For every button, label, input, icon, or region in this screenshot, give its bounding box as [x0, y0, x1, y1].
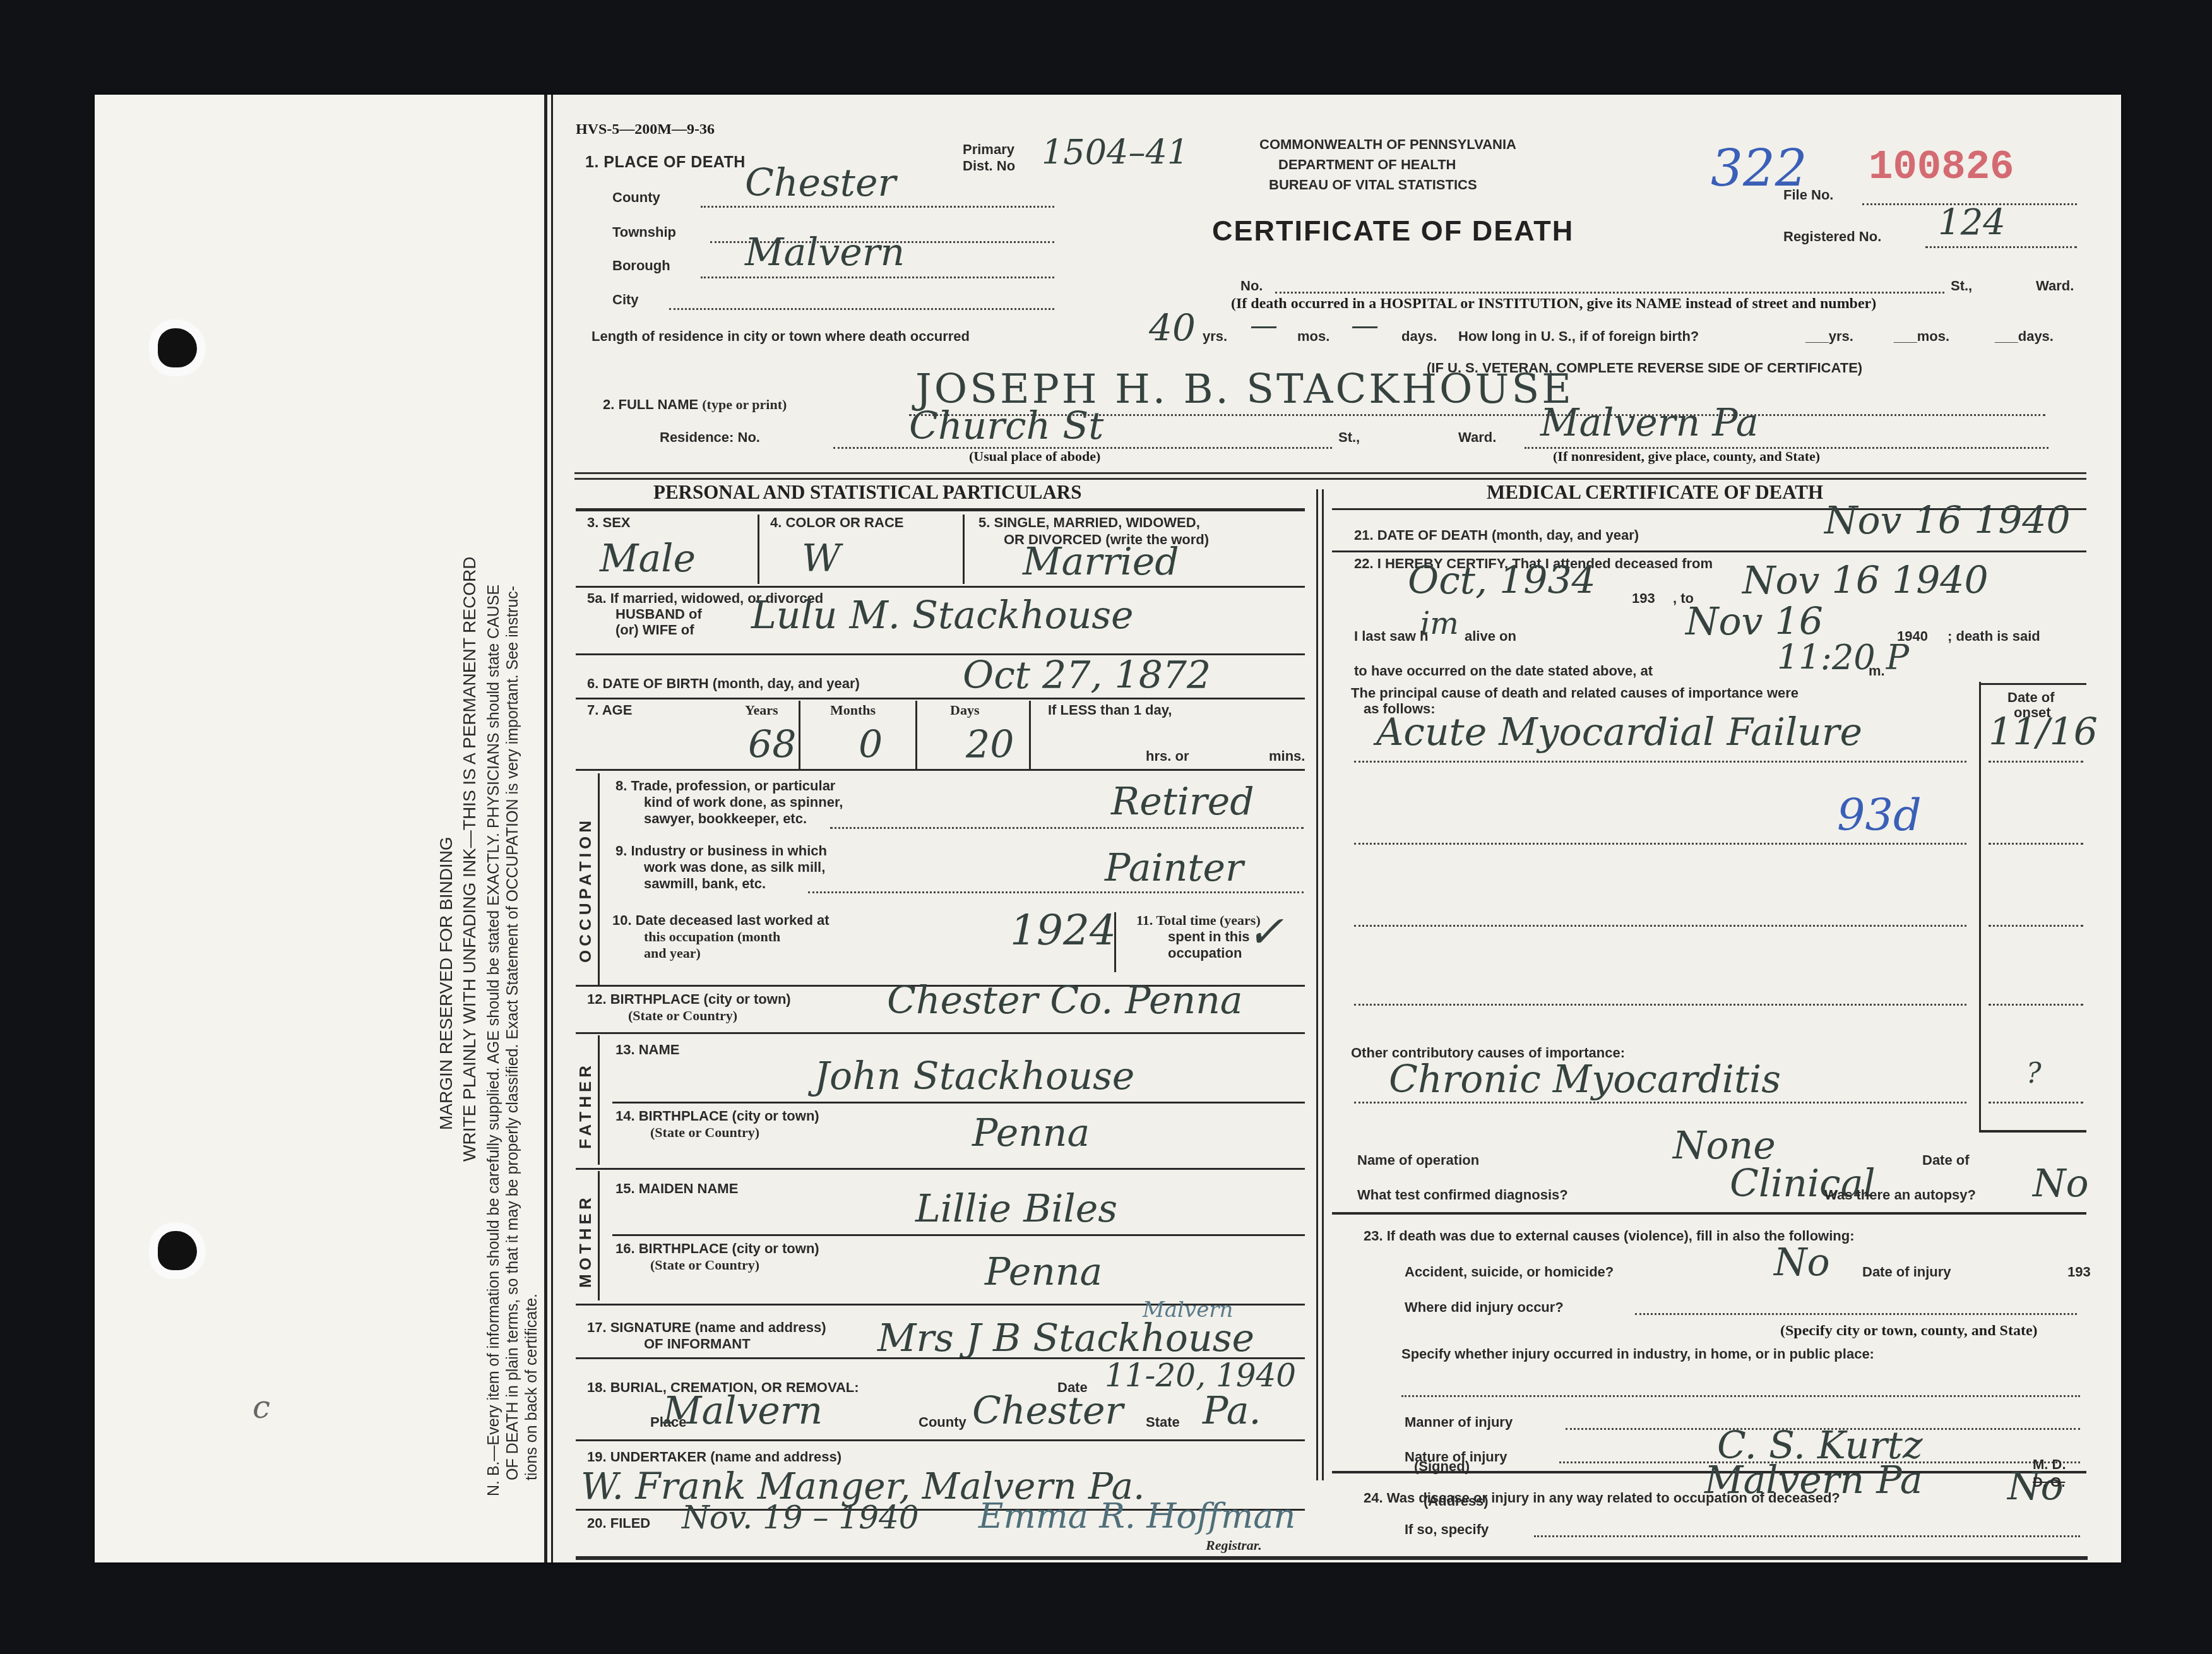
accident-label: Accident, suicide, or homicide? — [1405, 1264, 1614, 1280]
age-years: 68 — [748, 723, 796, 767]
filed-label: 20. FILED — [587, 1515, 650, 1532]
margin-ink-note: WRITE PLAINLY WITH UNFADING INK—THIS IS … — [459, 557, 480, 1162]
place-of-death-label: 1. PLACE OF DEATH — [585, 153, 746, 172]
mother-side-label: MOTHER — [576, 1194, 595, 1288]
residence-length-label: Length of residence in city or town wher… — [592, 328, 970, 345]
other-onset: ? — [2026, 1057, 2042, 1090]
industry-label-3: sawmill, bank, etc. — [644, 876, 766, 892]
less-than-day-label: If LESS than 1 day, — [1048, 702, 1172, 718]
file-no-label: File No. — [1783, 187, 1833, 203]
cause-line — [1354, 761, 1966, 763]
residence-ward-value: Malvern Pa — [1540, 401, 1759, 445]
occupation-side-label: OCCUPATION — [576, 817, 595, 963]
mother-birthplace-label-2: (State or Country) — [650, 1257, 759, 1273]
m-label: m. — [1869, 663, 1885, 679]
binding-rule — [544, 95, 553, 1562]
cause-line — [1354, 1004, 1966, 1006]
foreign-mos: ___mos. — [1894, 328, 1949, 345]
margin-nb-note: N. B.—Every item of information should b… — [483, 585, 504, 1496]
signed-label: (Signed) — [1414, 1458, 1470, 1475]
registrar-label: Registrar. — [1206, 1537, 1262, 1554]
alive-on-label: alive on — [1465, 628, 1516, 645]
father-birthplace-label-2: (State or Country) — [650, 1124, 759, 1141]
divider — [1979, 682, 1981, 1130]
pencil-mark: c — [253, 1389, 270, 1425]
father-birthplace-label-1: 14. BIRTHPLACE (city or town) — [615, 1108, 819, 1124]
full-name-note: (type or print) — [702, 396, 787, 412]
age-label: 7. AGE — [587, 702, 632, 718]
time-of-death: 11:20 P — [1777, 638, 1909, 677]
agency-line-1: COMMONWEALTH OF PENNSYLVANIA — [1259, 136, 1516, 153]
divider — [1114, 912, 1116, 972]
personal-section-title: PERSONAL AND STATISTICAL PARTICULARS — [653, 481, 1082, 504]
other-cause-line — [1354, 1102, 1966, 1104]
agency-line-2: DEPARTMENT OF HEALTH — [1278, 157, 1456, 173]
divider — [1029, 701, 1031, 770]
borough-value: Malvern — [745, 230, 905, 275]
injury-date-label: Date of injury — [1862, 1264, 1951, 1280]
specify-place-line — [1401, 1395, 2080, 1397]
divider — [1979, 1130, 2086, 1133]
onset-line — [1989, 925, 2083, 927]
residence-months: — — [1250, 309, 1278, 342]
autopsy-label: Was there an autopsy? — [1824, 1187, 1976, 1203]
age-years-label: Years — [745, 702, 778, 718]
divider — [576, 508, 1305, 511]
attended-year-prefix: 193 — [1632, 590, 1655, 607]
onset-line — [1989, 1102, 2083, 1104]
dod-label: 21. DATE OF DEATH (month, day, and year) — [1354, 527, 1639, 544]
form-code: HVS-5—200M—9-36 — [576, 121, 715, 138]
divider — [612, 1234, 1305, 1236]
bottom-rule — [576, 1556, 2088, 1560]
file-no-stamp: 100826 — [1869, 145, 2014, 191]
mins-label: mins. — [1269, 748, 1305, 765]
father-birthplace-value: Penna — [972, 1111, 1090, 1155]
certificate-title: CERTIFICATE OF DEATH — [1212, 215, 1574, 247]
burial-date: 11-20, 1940 — [1105, 1357, 1296, 1394]
manner-label: Manner of injury — [1405, 1414, 1513, 1431]
divider — [963, 515, 965, 584]
cause-line — [1354, 925, 1966, 927]
hospital-note: (If death occurred in a HOSPITAL or INST… — [1231, 295, 1876, 312]
divider — [598, 1171, 600, 1300]
mother-name-label: 15. MAIDEN NAME — [615, 1181, 738, 1197]
accident-value: No — [1774, 1240, 1830, 1285]
full-name-label: 2. FULL NAME — [603, 396, 698, 412]
registrar-signature: Emma R. Hoffman — [978, 1496, 1295, 1536]
principal-cause: Acute Myocardial Failure — [1376, 710, 1862, 754]
divider — [915, 701, 917, 770]
last-worked-label-1: 10. Date deceased last worked at — [612, 912, 829, 929]
father-name-value: John Stackhouse — [814, 1054, 1134, 1098]
street-st-label: St., — [1951, 278, 1972, 294]
divider — [576, 769, 1305, 771]
registered-no-label: Registered No. — [1783, 229, 1881, 245]
registered-no: 124 — [1938, 202, 2006, 243]
age-days-label: Days — [950, 702, 979, 718]
foreign-days: ___days. — [1995, 328, 2054, 345]
trade-label-3: sawyer, bookkeeper, etc. — [644, 811, 807, 827]
punch-hole — [158, 1231, 197, 1270]
cause-line — [1354, 843, 1966, 845]
divider — [612, 1102, 1305, 1104]
mos-label: mos. — [1297, 328, 1329, 345]
attended-from: Oct, 1934 — [1408, 559, 1596, 603]
street-no-label: No. — [1240, 278, 1263, 294]
industry-line — [808, 891, 1304, 893]
burial-place: Malvern — [663, 1389, 823, 1433]
trade-label-1: 8. Trade, profession, or particular — [615, 778, 835, 794]
informant-value: Mrs J B Stackhouse — [877, 1316, 1254, 1360]
borough-label: Borough — [612, 258, 670, 274]
occurred-label: to have occurred on the date stated abov… — [1354, 663, 1653, 679]
burial-state: Pa. — [1203, 1389, 1261, 1433]
usual-abode-note: (Usual place of abode) — [969, 448, 1100, 465]
divider — [576, 698, 1305, 699]
mother-birthplace-value: Penna — [985, 1250, 1102, 1294]
race-value: W — [802, 537, 841, 581]
dist-no: 1504–41 — [1042, 133, 1189, 172]
medical-section-title: MEDICAL CERTIFICATE OF DEATH — [1487, 481, 1823, 504]
trade-label-2: kind of work done, as spinner, — [644, 794, 843, 811]
onset-date: 11/16 — [1989, 710, 2098, 754]
birthplace-label-1: 12. BIRTHPLACE (city or town) — [587, 991, 791, 1008]
total-time-label-2: spent in this — [1168, 929, 1250, 945]
residence-years: 40 — [1149, 306, 1196, 349]
total-time-check: ✓ — [1247, 906, 1284, 958]
last-saw-pronoun: im — [1420, 606, 1459, 641]
last-worked-label-2: this occupation (month — [644, 929, 780, 945]
attended-to: Nov 16 1940 — [1742, 559, 1989, 603]
address-label: (Address) — [1424, 1493, 1489, 1509]
burial-state-label: State — [1146, 1414, 1180, 1431]
township-label: Township — [612, 224, 676, 241]
trade-value: Retired — [1111, 780, 1254, 824]
operation-date-label: Date of — [1922, 1152, 1970, 1169]
divider — [1332, 1212, 2086, 1215]
dist-label: Dist. No — [963, 158, 1015, 174]
column-divider — [1316, 489, 1324, 1480]
days-label: days. — [1401, 328, 1437, 345]
cause-label-1: The principal cause of death and related… — [1351, 685, 1799, 701]
onset-line — [1989, 843, 2083, 845]
street-line — [1275, 292, 1944, 294]
onset-line — [1989, 761, 2083, 763]
divider — [1332, 550, 2086, 552]
margin-binding-note: MARGIN RESERVED FOR BINDING — [436, 836, 457, 1130]
residence-st-label: St., — [1338, 429, 1360, 446]
burial-county: Chester — [972, 1389, 1123, 1433]
injury-year: 193 — [2067, 1264, 2091, 1280]
marital-label-1: 5. SINGLE, MARRIED, WIDOWED, — [978, 515, 1200, 531]
md-label: M. D. — [2033, 1456, 2066, 1473]
informant-label-2: OF INFORMANT — [644, 1336, 751, 1352]
divider — [799, 701, 800, 770]
spouse-label-2: HUSBAND of — [615, 606, 702, 622]
industry-value: Painter — [1105, 846, 1244, 890]
nonresident-note: (If nonresident, give place, county, and… — [1553, 448, 1820, 465]
county-value: Chester — [745, 161, 896, 205]
where-injury-line — [1635, 1313, 2077, 1315]
spouse-label-3: (or) WIFE of — [615, 622, 694, 638]
sex-value: Male — [600, 537, 696, 581]
sex-label: 3. SEX — [587, 515, 630, 531]
industry-label-1: 9. Industry or business in which — [615, 843, 827, 859]
residence-days: — — [1351, 309, 1379, 342]
test-label: What test confirmed diagnosis? — [1357, 1187, 1568, 1203]
margin-nb-note-3: tions on back of certificate. — [521, 1294, 542, 1480]
county-line — [701, 206, 1054, 208]
specify-place-label: Specify whether injury occurred in indus… — [1401, 1346, 1874, 1362]
if-so-line — [1534, 1535, 2080, 1537]
death-certificate-page: c MARGIN RESERVED FOR BINDING WRITE PLAI… — [95, 95, 2121, 1562]
father-name-label: 13. NAME — [615, 1042, 679, 1058]
trade-line — [830, 827, 1304, 829]
where-injury-note: (Specify city or town, county, and State… — [1780, 1323, 2038, 1340]
divider — [576, 1032, 1305, 1034]
divider — [598, 773, 600, 985]
last-worked-label-3: and year) — [644, 945, 701, 961]
birthplace-label-2: (State or Country) — [628, 1008, 737, 1024]
borough-line — [701, 277, 1054, 278]
age-days: 20 — [966, 723, 1014, 767]
where-injury-label: Where did injury occur? — [1405, 1299, 1564, 1316]
margin-nb-note-2: OF DEATH in plain terms, so that it may … — [502, 586, 523, 1480]
county-label: County — [612, 189, 660, 206]
age-months: 0 — [859, 723, 883, 767]
informant-label-1: 17. SIGNATURE (name and address) — [587, 1319, 826, 1336]
residence-value: Church St — [909, 404, 1103, 448]
autopsy-value: No — [2033, 1162, 2089, 1206]
city-label: City — [612, 292, 639, 308]
undertaker-label: 19. UNDERTAKER (name and address) — [587, 1449, 841, 1465]
divider — [576, 586, 1305, 588]
dob-value: Oct 27, 1872 — [963, 653, 1211, 698]
foreign-yrs: ___yrs. — [1805, 328, 1853, 345]
do-label: D. O. — [2033, 1474, 2065, 1490]
mother-name-value: Lillie Biles — [915, 1187, 1117, 1231]
onset-line — [1989, 1004, 2083, 1006]
last-worked-value: 1924 — [1010, 906, 1116, 955]
father-side-label: FATHER — [576, 1062, 595, 1149]
age-months-label: Months — [830, 702, 876, 718]
residence-label: Residence: No. — [660, 429, 760, 446]
divider — [598, 1035, 600, 1165]
street-ward-label: Ward. — [2036, 278, 2074, 294]
city-line — [669, 308, 1054, 310]
residence-ward-label: Ward. — [1458, 429, 1496, 446]
divider — [1979, 683, 2086, 685]
divider — [758, 515, 759, 584]
divider — [576, 1439, 1305, 1441]
filed-date: Nov. 19 – 1940 — [682, 1499, 919, 1536]
total-time-label-1: 11. Total time (years) — [1136, 912, 1261, 929]
other-cause: Chronic Myocarditis — [1389, 1057, 1781, 1102]
dod-value: Nov 16 1940 — [1824, 499, 2071, 543]
hrs-label: hrs. or — [1146, 748, 1189, 765]
yrs-label: yrs. — [1203, 328, 1227, 345]
birthplace-value: Chester Co. Penna — [887, 979, 1243, 1023]
dob-label: 6. DATE OF BIRTH (month, day, and year) — [587, 675, 860, 692]
physician-address: Malvern Pa — [1704, 1458, 1923, 1502]
punch-hole — [158, 328, 197, 367]
registered-no-line — [1925, 246, 2077, 248]
coder-mark: 93d — [1837, 789, 1922, 841]
last-saw-label: I last saw h — [1354, 628, 1428, 645]
total-time-label-3: occupation — [1168, 945, 1242, 961]
divider — [576, 1168, 1305, 1170]
mother-birthplace-label-1: 16. BIRTHPLACE (city or town) — [615, 1240, 819, 1257]
industry-label-2: work was done, as silk mill, — [644, 859, 825, 876]
burial-county-label: County — [919, 1414, 966, 1431]
death-said-label: ; death is said — [1947, 628, 2040, 645]
onset-label-1: Date of — [2007, 689, 2055, 706]
if-so-label: If so, specify — [1405, 1521, 1489, 1538]
primary-label: Primary — [963, 141, 1014, 158]
race-label: 4. COLOR OR RACE — [770, 515, 903, 531]
foreign-birth-label: How long in U. S., if of foreign birth? — [1458, 328, 1699, 345]
marital-value: Married — [1023, 540, 1179, 584]
divider — [574, 472, 2086, 480]
operation-label: Name of operation — [1357, 1152, 1479, 1169]
spouse-value: Lulu M. Stackhouse — [751, 593, 1134, 638]
agency-line-3: BUREAU OF VITAL STATISTICS — [1269, 177, 1477, 193]
